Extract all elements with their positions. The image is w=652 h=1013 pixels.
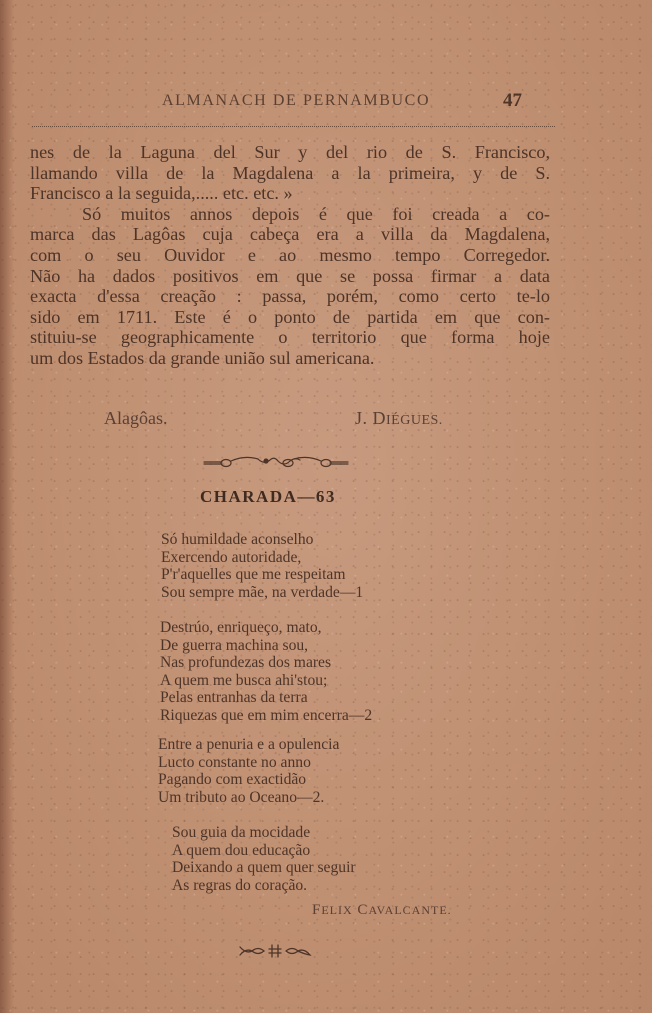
verse-line: Entre a penuria e a opulencia — [158, 736, 339, 754]
verse-line: Destrúo, enriqueço, mato, — [160, 619, 372, 637]
author-initial: J. D — [355, 408, 386, 428]
verse-line: Lucto constante no anno — [158, 754, 339, 772]
body-line: marca das Lagôas cuja cabeça era a villa… — [30, 224, 550, 245]
verse-line: Nas profundezas dos mares — [160, 654, 372, 672]
body-line: stituiu-se geographicamente o territorio… — [30, 327, 550, 348]
charada-stanza-3: Entre a penuria e a opulencia Lucto cons… — [158, 736, 339, 806]
body-line: exacta d'essa creação : passa, porém, co… — [30, 286, 550, 307]
running-title: ALMANACH DE PERNAMBUCO — [162, 92, 430, 110]
verse-line: Riquezas que em mim encerra—2 — [160, 707, 372, 725]
page-number: 47 — [503, 90, 522, 112]
verse-line: Deixando a quem quer seguir — [172, 859, 356, 877]
verse-line: Exercendo autoridade, — [161, 549, 363, 567]
body-line: llamando villa de la Magdalena a la prim… — [30, 163, 550, 184]
body-paragraphs: nes de la Laguna del Sur y del rio de S.… — [30, 142, 550, 369]
signature-rest: ELIX — [321, 903, 352, 917]
signature-initial: C — [357, 902, 368, 918]
verse-line: Sou guia da mocidade — [172, 824, 356, 842]
signature-rest: AVALCANTE. — [368, 903, 451, 917]
body-line: Francisco a la seguida,..... etc. etc. » — [30, 183, 550, 204]
body-line: um dos Estados da grande união sul ameri… — [30, 348, 550, 369]
header-dotted-rule — [32, 126, 555, 127]
verse-line: Um tributo ao Oceano—2. — [158, 789, 339, 807]
body-line: sido em 1711. Este é o ponto de partida … — [30, 307, 550, 328]
body-line: Só muitos annos depois é que foi creada … — [30, 204, 550, 225]
body-line: com o seu Ouvidor e ao mesmo tempo Corre… — [30, 245, 550, 266]
verse-line: A quem dou educação — [172, 842, 356, 860]
author-rest: IÉGUES. — [386, 413, 443, 428]
verse-line: Pagando com exactidão — [158, 771, 339, 789]
verse-line: As regras do coração. — [172, 877, 356, 895]
charada-stanza-2: Destrúo, enriqueço, mato, De guerra mach… — [160, 619, 372, 725]
verse-line: Sou sempre mãe, na verdade—1 — [161, 584, 363, 602]
verse-line: A quem me busca ahi'stou; — [160, 672, 372, 690]
verse-line: De guerra machina sou, — [160, 637, 372, 655]
page-edge-shadow — [0, 0, 14, 1013]
signoff-author: J. DIÉGUES. — [355, 408, 443, 429]
charada-title: CHARADA—63 — [200, 487, 336, 507]
signature-initial: F — [312, 902, 321, 918]
charada-signature: FELIX CAVALCANTE. — [312, 902, 452, 919]
end-fleuron-icon — [238, 942, 314, 960]
verse-line: Só humildade aconselho — [161, 531, 363, 549]
article-signoff: Alagôas. J. DIÉGUES. — [0, 408, 652, 432]
body-line: nes de la Laguna del Sur y del rio de S.… — [30, 142, 550, 163]
signoff-place: Alagôas. — [104, 408, 167, 429]
verse-line: P'r'aquelles que me respeitam — [161, 566, 363, 584]
pointing-hands-ornament-icon — [200, 449, 352, 473]
body-line: Não ha dados positivos em que se possa f… — [30, 266, 550, 287]
charada-stanza-1: Só humildade aconselho Exercendo autorid… — [161, 531, 363, 601]
verse-line: Pelas entranhas da terra — [160, 689, 372, 707]
charada-stanza-4: Sou guia da mocidade A quem dou educação… — [172, 824, 356, 894]
page-header: ALMANACH DE PERNAMBUCO 47 — [0, 92, 652, 116]
